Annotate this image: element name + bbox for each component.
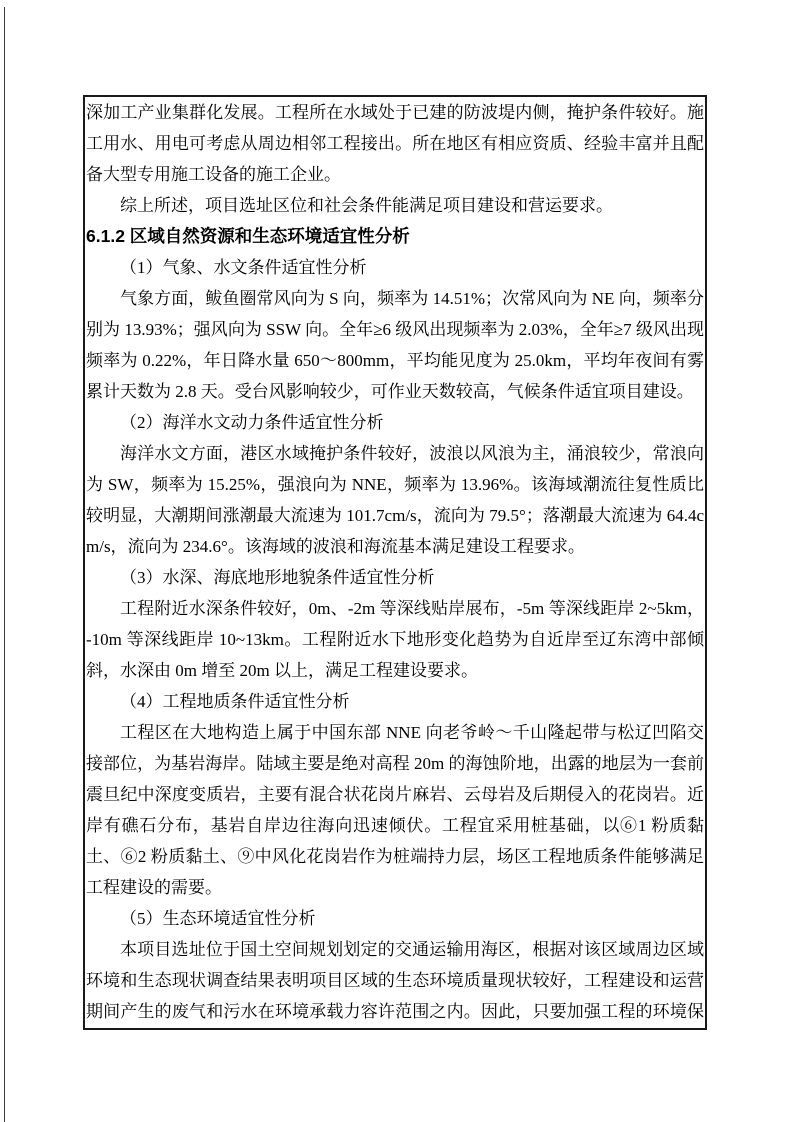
subheading-3-bathymetry: （3）水深、海底地形地貌条件适宜性分析 xyxy=(86,562,704,593)
document-page: 深加工产业集群化发展。工程所在水域处于已建的防波堤内侧，掩护条件较好。施工用水、… xyxy=(0,0,793,1122)
paragraph-ecology: 本项目选址位于国土空间规划划定的交通运输用海区，根据对该区域周边区域环境和生态现… xyxy=(86,934,704,1030)
paragraph-bathymetry: 工程附近水深条件较好，0m、-2m 等深线贴岸展布，-5m 等深线距岸 2~5k… xyxy=(86,593,704,686)
subheading-5-ecology: （5）生态环境适宜性分析 xyxy=(86,903,704,934)
subheading-4-geology: （4）工程地质条件适宜性分析 xyxy=(86,686,704,717)
section-heading-6-1-2: 6.1.2 区域自然资源和生态环境适宜性分析 xyxy=(86,221,704,252)
table-cell-text-box: 深加工产业集群化发展。工程所在水域处于已建的防波堤内侧，掩护条件较好。施工用水、… xyxy=(83,95,707,1030)
subheading-2-hydrodynamics: （2）海洋水文动力条件适宜性分析 xyxy=(86,407,704,438)
paragraph-geology: 工程区在大地构造上属于中国东部 NNE 向老爷岭～千山隆起带与松辽凹陷交接部位，… xyxy=(86,717,704,903)
page-left-border-line xyxy=(4,7,5,1122)
paragraph-continuation: 深加工产业集群化发展。工程所在水域处于已建的防波堤内侧，掩护条件较好。施工用水、… xyxy=(86,97,704,190)
paragraph-hydrodynamics: 海洋水文方面，港区水域掩护条件较好，波浪以风浪为主，涌浪较少，常浪向为 SW，频… xyxy=(86,438,704,562)
paragraph-summary: 综上所述，项目选址区位和社会条件能满足项目建设和营运要求。 xyxy=(86,190,704,221)
paragraph-meteorology: 气象方面，鲅鱼圈常风向为 S 向，频率为 14.51%；次常风向为 NE 向，频… xyxy=(86,283,704,407)
subheading-1-meteorology: （1）气象、水文条件适宜性分析 xyxy=(86,252,704,283)
